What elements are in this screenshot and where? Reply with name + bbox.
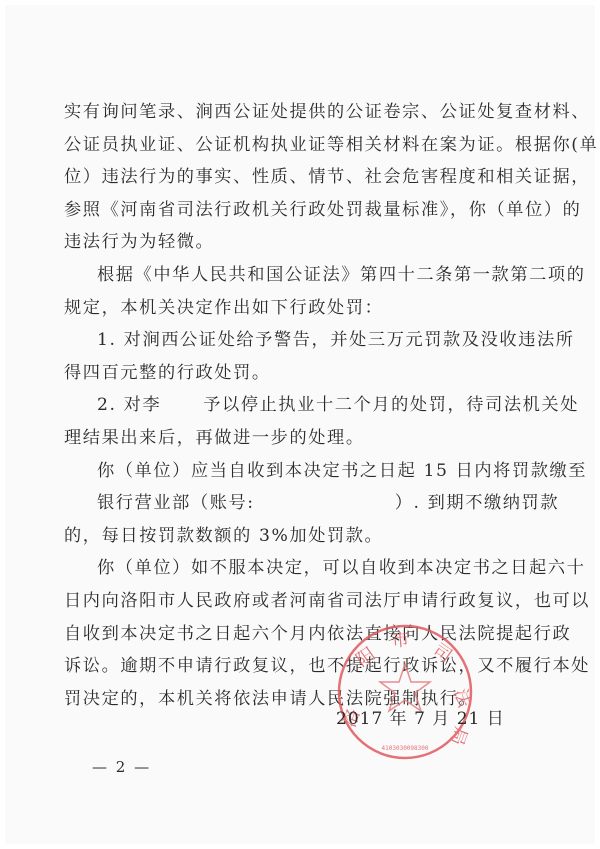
official-seal-icon: 洛 阳 市 司 法 局 4103030098300 [335, 622, 475, 762]
document-date: 2017 年 7 月 21 日 [336, 704, 505, 729]
text-line: 根据《中华人民共和国公证法》第四十二条第一款第二项的 [64, 259, 542, 292]
text-fragment: 2. 对李 [97, 395, 161, 415]
text-line: 规定，本机关决定作出如下行政处罚： [64, 292, 542, 325]
text-line: 银行营业部（账号:）. 到期不缴纳罚款 [64, 487, 542, 520]
text-line: 违法行为为轻微。 [64, 226, 542, 259]
text-line: 参照《河南省司法行政机关行政处罚裁量标准》，你（单位）的 [64, 194, 542, 227]
penalty-item-2: 2. 对李予以停止执业十二个月的处罚，待司法机关处 [64, 389, 542, 422]
text-fragment: ）. 到期不缴纳罚款 [395, 493, 559, 513]
text-line: 日内向洛阳市人民政府或者河南省司法厅申请行政复议，也可以 [64, 585, 542, 618]
text-fragment: 予以停止执业十二个月的处罚，待司法机关处 [203, 395, 579, 415]
text-line: 你（单位）如不服本决定，可以自收到本决定书之日起六十 [64, 552, 542, 585]
text-line: 理结果出来后，再做进一步的处理。 [64, 422, 542, 455]
text-line: 实有询问笔录、涧西公证处提供的公证卷宗、公证处复查材料、 [64, 96, 542, 129]
seal-char: 市 [391, 629, 411, 651]
text-line: 得四百元整的行政处罚。 [64, 357, 542, 390]
page-number: — 2 — [92, 758, 151, 776]
text-line: 公证员执业证、公证机构执业证等相关材料在案为证。根据你(单 [64, 129, 542, 162]
text-line: 位）违法行为的事实、性质、情节、社会危害程度和相关证据， [64, 161, 542, 194]
seal-serial: 4103030098300 [382, 745, 429, 752]
text-line: 的，每日按罚款数额的 3%加处罚款。 [64, 520, 542, 553]
text-line: 你（单位）应当自收到本决定书之日起 15 日内将罚款缴至 [64, 455, 542, 488]
penalty-item-1: 1. 对涧西公证处给予警告，并处三万元罚款及没收违法所 [64, 324, 542, 357]
text-fragment: 银行营业部（账号: [97, 493, 255, 513]
